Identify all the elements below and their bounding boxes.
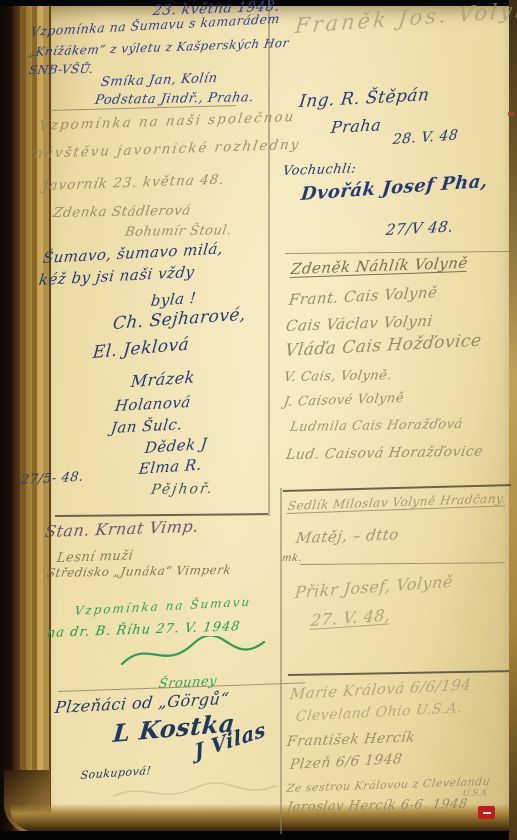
green-signature-flourish xyxy=(118,636,268,672)
column-divider-line xyxy=(268,0,270,516)
book-binding-edge xyxy=(0,0,13,840)
guestbook-photo: 23. května 1948.Vzpomínka na Šumavu s ka… xyxy=(0,0,517,840)
badge-dash-icon xyxy=(483,812,491,814)
book-bottom-edge xyxy=(10,804,517,832)
pencil-smudge-flourish xyxy=(110,780,280,804)
photo-top-border xyxy=(0,0,517,6)
book-binding-strip xyxy=(13,0,20,840)
red-watermark-badge xyxy=(478,806,495,819)
column-divider-line xyxy=(280,488,282,834)
red-mark xyxy=(508,112,514,116)
guestbook-page xyxy=(46,6,511,830)
page-right-edge xyxy=(509,0,517,840)
book-binding-strip xyxy=(49,0,51,840)
photo-bottom-border xyxy=(0,831,517,840)
